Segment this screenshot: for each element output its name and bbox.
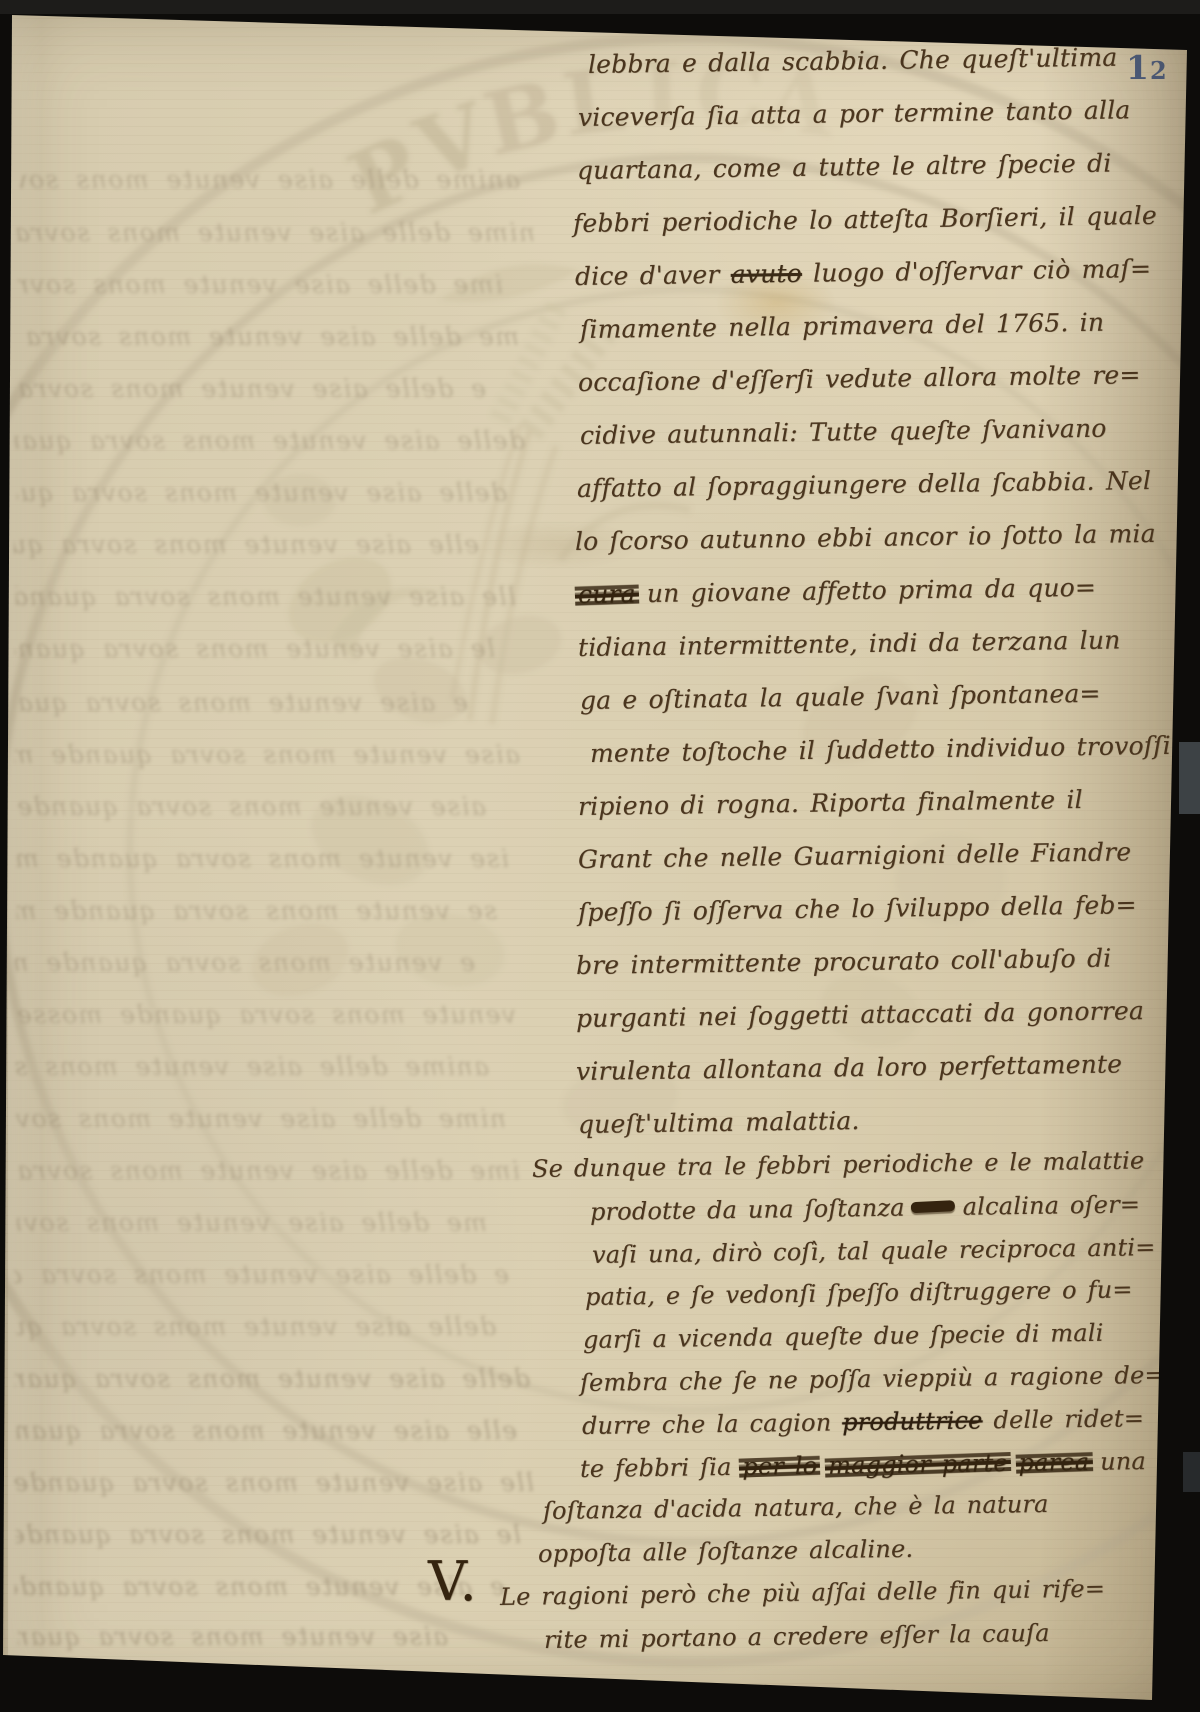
- heavily-struck-text: cura: [578, 579, 636, 609]
- manuscript-line: quartana, come a tutte le altre ſpecie d…: [577, 149, 1112, 185]
- inked-out-word: [910, 1199, 954, 1212]
- manuscript-line: viceverſa ſia atta a por termine tanto a…: [578, 95, 1131, 132]
- manuscript-text: Le ragioni però che più aſſai delle fin …: [500, 1575, 1105, 1611]
- manuscript-line: ſoſtanza d'acida natura, che è la natura: [543, 1490, 1049, 1525]
- manuscript-text: bre intermittente procurato coll'abuſo d…: [576, 944, 1112, 980]
- manuscript-line: ga e oſtinata la quale ſvanì ſpontanea=: [580, 679, 1101, 715]
- manuscript-text: ſoſtanza d'acida natura, che è la natura: [543, 1490, 1049, 1525]
- manuscript-line: ſpeſſo ſi oſſerva che lo ſviluppo della …: [578, 890, 1137, 927]
- manuscript-text: garſi a vicenda queſte due ſpecie di mal…: [583, 1319, 1104, 1354]
- manuscript-text: mente toſtoche il ſuddetto individuo tro…: [590, 731, 1171, 768]
- manuscript-line: affatto al ſopraggiungere della ſcabbia.…: [577, 466, 1152, 503]
- scanner-border-top: [0, 0, 1200, 14]
- manuscript-text: virulenta allontana da loro perfettament…: [576, 1049, 1123, 1086]
- manuscript-text: delle ridet=: [982, 1404, 1144, 1434]
- manuscript-line: occaſione d'eſſerſi vedute allora molte …: [578, 360, 1141, 397]
- scanned-manuscript-page: P V B L I C A: [0, 0, 1200, 1712]
- manuscript-text: affatto al ſopraggiungere della ſcabbia.…: [577, 466, 1152, 503]
- manuscript-text: durre che la cagion: [582, 1408, 843, 1440]
- scanner-edge-notch: [1179, 742, 1200, 814]
- manuscript-text: lo ſcorso autunno ebbi ancor io ſotto la…: [575, 519, 1156, 556]
- manuscript-line: prodotte da una ſoſtanzaalcalina oſer=: [590, 1190, 1140, 1226]
- manuscript-text: ripieno di rogna. Riporta finalmente il: [578, 785, 1083, 821]
- manuscript-line: oppoſta alle ſoſtanze alcaline.: [538, 1535, 914, 1568]
- manuscript-line: durre che la cagion produttrice delle ri…: [582, 1404, 1144, 1440]
- manuscript-text: ſimamente nella primavera del 1765. in: [580, 308, 1105, 344]
- manuscript-paper: P V B L I C A: [0, 0, 1200, 1712]
- manuscript-line: purganti nei ſoggetti attaccati da gonor…: [576, 996, 1144, 1033]
- manuscript-text: vaſi una, dirò coſì, tal quale reciproca…: [592, 1233, 1156, 1269]
- manuscript-line: lo ſcorso autunno ebbi ancor io ſotto la…: [575, 519, 1156, 556]
- manuscript-line: vaſi una, dirò coſì, tal quale reciproca…: [592, 1233, 1156, 1269]
- manuscript-text: queſt'ultima malattia.: [578, 1106, 860, 1139]
- struck-text: avuto: [730, 259, 802, 289]
- manuscript-text: dice d'aver: [575, 260, 731, 291]
- manuscript-text: oppoſta alle ſoſtanze alcaline.: [538, 1535, 914, 1568]
- manuscript-line: bre intermittente procurato coll'abuſo d…: [576, 944, 1112, 980]
- manuscript-line: cidive autunnali: Tutte queſte ſvanivano: [580, 414, 1107, 450]
- manuscript-text: prodotte da una ſoſtanza: [590, 1193, 905, 1225]
- manuscript-line: queſt'ultima malattia.: [578, 1106, 860, 1139]
- heavily-struck-text: maggior parte: [828, 1449, 1008, 1480]
- manuscript-text: luogo d'oſſervar ciò maſ=: [802, 254, 1152, 288]
- manuscript-text: occaſione d'eſſerſi vedute allora molte …: [578, 360, 1141, 397]
- manuscript-text: Se dunque tra le febbri periodiche e le …: [532, 1146, 1145, 1183]
- manuscript-text: quartana, come a tutte le altre ſpecie d…: [577, 149, 1112, 185]
- manuscript-line: patia, e ſe vedonſi ſpeſſo diſtruggere o…: [585, 1276, 1133, 1312]
- manuscript-line: Le ragioni però che più aſſai delle fin …: [500, 1575, 1105, 1611]
- manuscript-line: febbri periodiche lo atteſta Borſieri, i…: [573, 201, 1157, 238]
- manuscript-text: purganti nei ſoggetti attaccati da gonor…: [576, 996, 1144, 1033]
- manuscript-text: lebbra e dalla scabbia. Che queſt'ultima: [588, 43, 1118, 79]
- manuscript-text: febbri periodiche lo atteſta Borſieri, i…: [573, 201, 1157, 238]
- manuscript-text: alcalina oſer=: [962, 1190, 1140, 1220]
- manuscript-line: te febbri ſia per lo maggior parte parea…: [580, 1447, 1146, 1483]
- manuscript-line: Se dunque tra le febbri periodiche e le …: [532, 1146, 1145, 1183]
- manuscript-text: te febbri ſia: [580, 1452, 743, 1482]
- manuscript-line: virulenta allontana da loro perfettament…: [576, 1049, 1123, 1086]
- manuscript-line: rite mi portano a credere eſſer la cauſa: [544, 1619, 1050, 1654]
- manuscript-text: cidive autunnali: Tutte queſte ſvanivano: [580, 414, 1107, 450]
- manuscript-line: tidiana intermittente, indi da terzana l…: [578, 625, 1121, 662]
- manuscript-line: ſimamente nella primavera del 1765. in: [580, 308, 1105, 344]
- manuscript-line: garſi a vicenda queſte due ſpecie di mal…: [583, 1319, 1104, 1354]
- manuscript-text: ga e oſtinata la quale ſvanì ſpontanea=: [580, 679, 1101, 715]
- manuscript-text: una: [1089, 1447, 1146, 1476]
- manuscript-line: ſembra che ſe ne poſſa vieppiù a ragione…: [580, 1361, 1165, 1397]
- manuscript-text: ſembra che ſe ne poſſa vieppiù a ragione…: [580, 1361, 1165, 1397]
- manuscript-text-block: lebbra e dalla scabbia. Che queſt'ultima…: [0, 0, 1200, 1712]
- manuscript-line: ripieno di rogna. Riporta finalmente il: [578, 785, 1083, 821]
- manuscript-text: Grant che nelle Guarnigioni delle Fiandr…: [578, 837, 1132, 874]
- manuscript-line: mente toſtoche il ſuddetto individuo tro…: [590, 731, 1171, 768]
- manuscript-line: lebbra e dalla scabbia. Che queſt'ultima: [588, 43, 1118, 79]
- heavily-struck-text: parea: [1018, 1447, 1089, 1476]
- manuscript-line: dice d'aver avuto luogo d'oſſervar ciò m…: [575, 254, 1152, 291]
- overwritten-text: produttrice: [842, 1406, 983, 1436]
- manuscript-text: tidiana intermittente, indi da terzana l…: [578, 625, 1121, 662]
- manuscript-line: Grant che nelle Guarnigioni delle Fiandr…: [578, 837, 1132, 874]
- heavily-struck-text: per lo: [742, 1451, 817, 1480]
- manuscript-text: viceverſa ſia atta a por termine tanto a…: [578, 95, 1131, 132]
- manuscript-text: patia, e ſe vedonſi ſpeſſo diſtruggere o…: [585, 1276, 1133, 1312]
- manuscript-text: rite mi portano a credere eſſer la cauſa: [544, 1619, 1050, 1654]
- manuscript-line: cura un giovane affetto prima da quo=: [578, 573, 1097, 609]
- manuscript-text: ſpeſſo ſi oſſerva che lo ſviluppo della …: [578, 890, 1137, 927]
- scanner-edge-notch: [1183, 1452, 1200, 1492]
- manuscript-text: un giovane affetto prima da quo=: [636, 573, 1097, 608]
